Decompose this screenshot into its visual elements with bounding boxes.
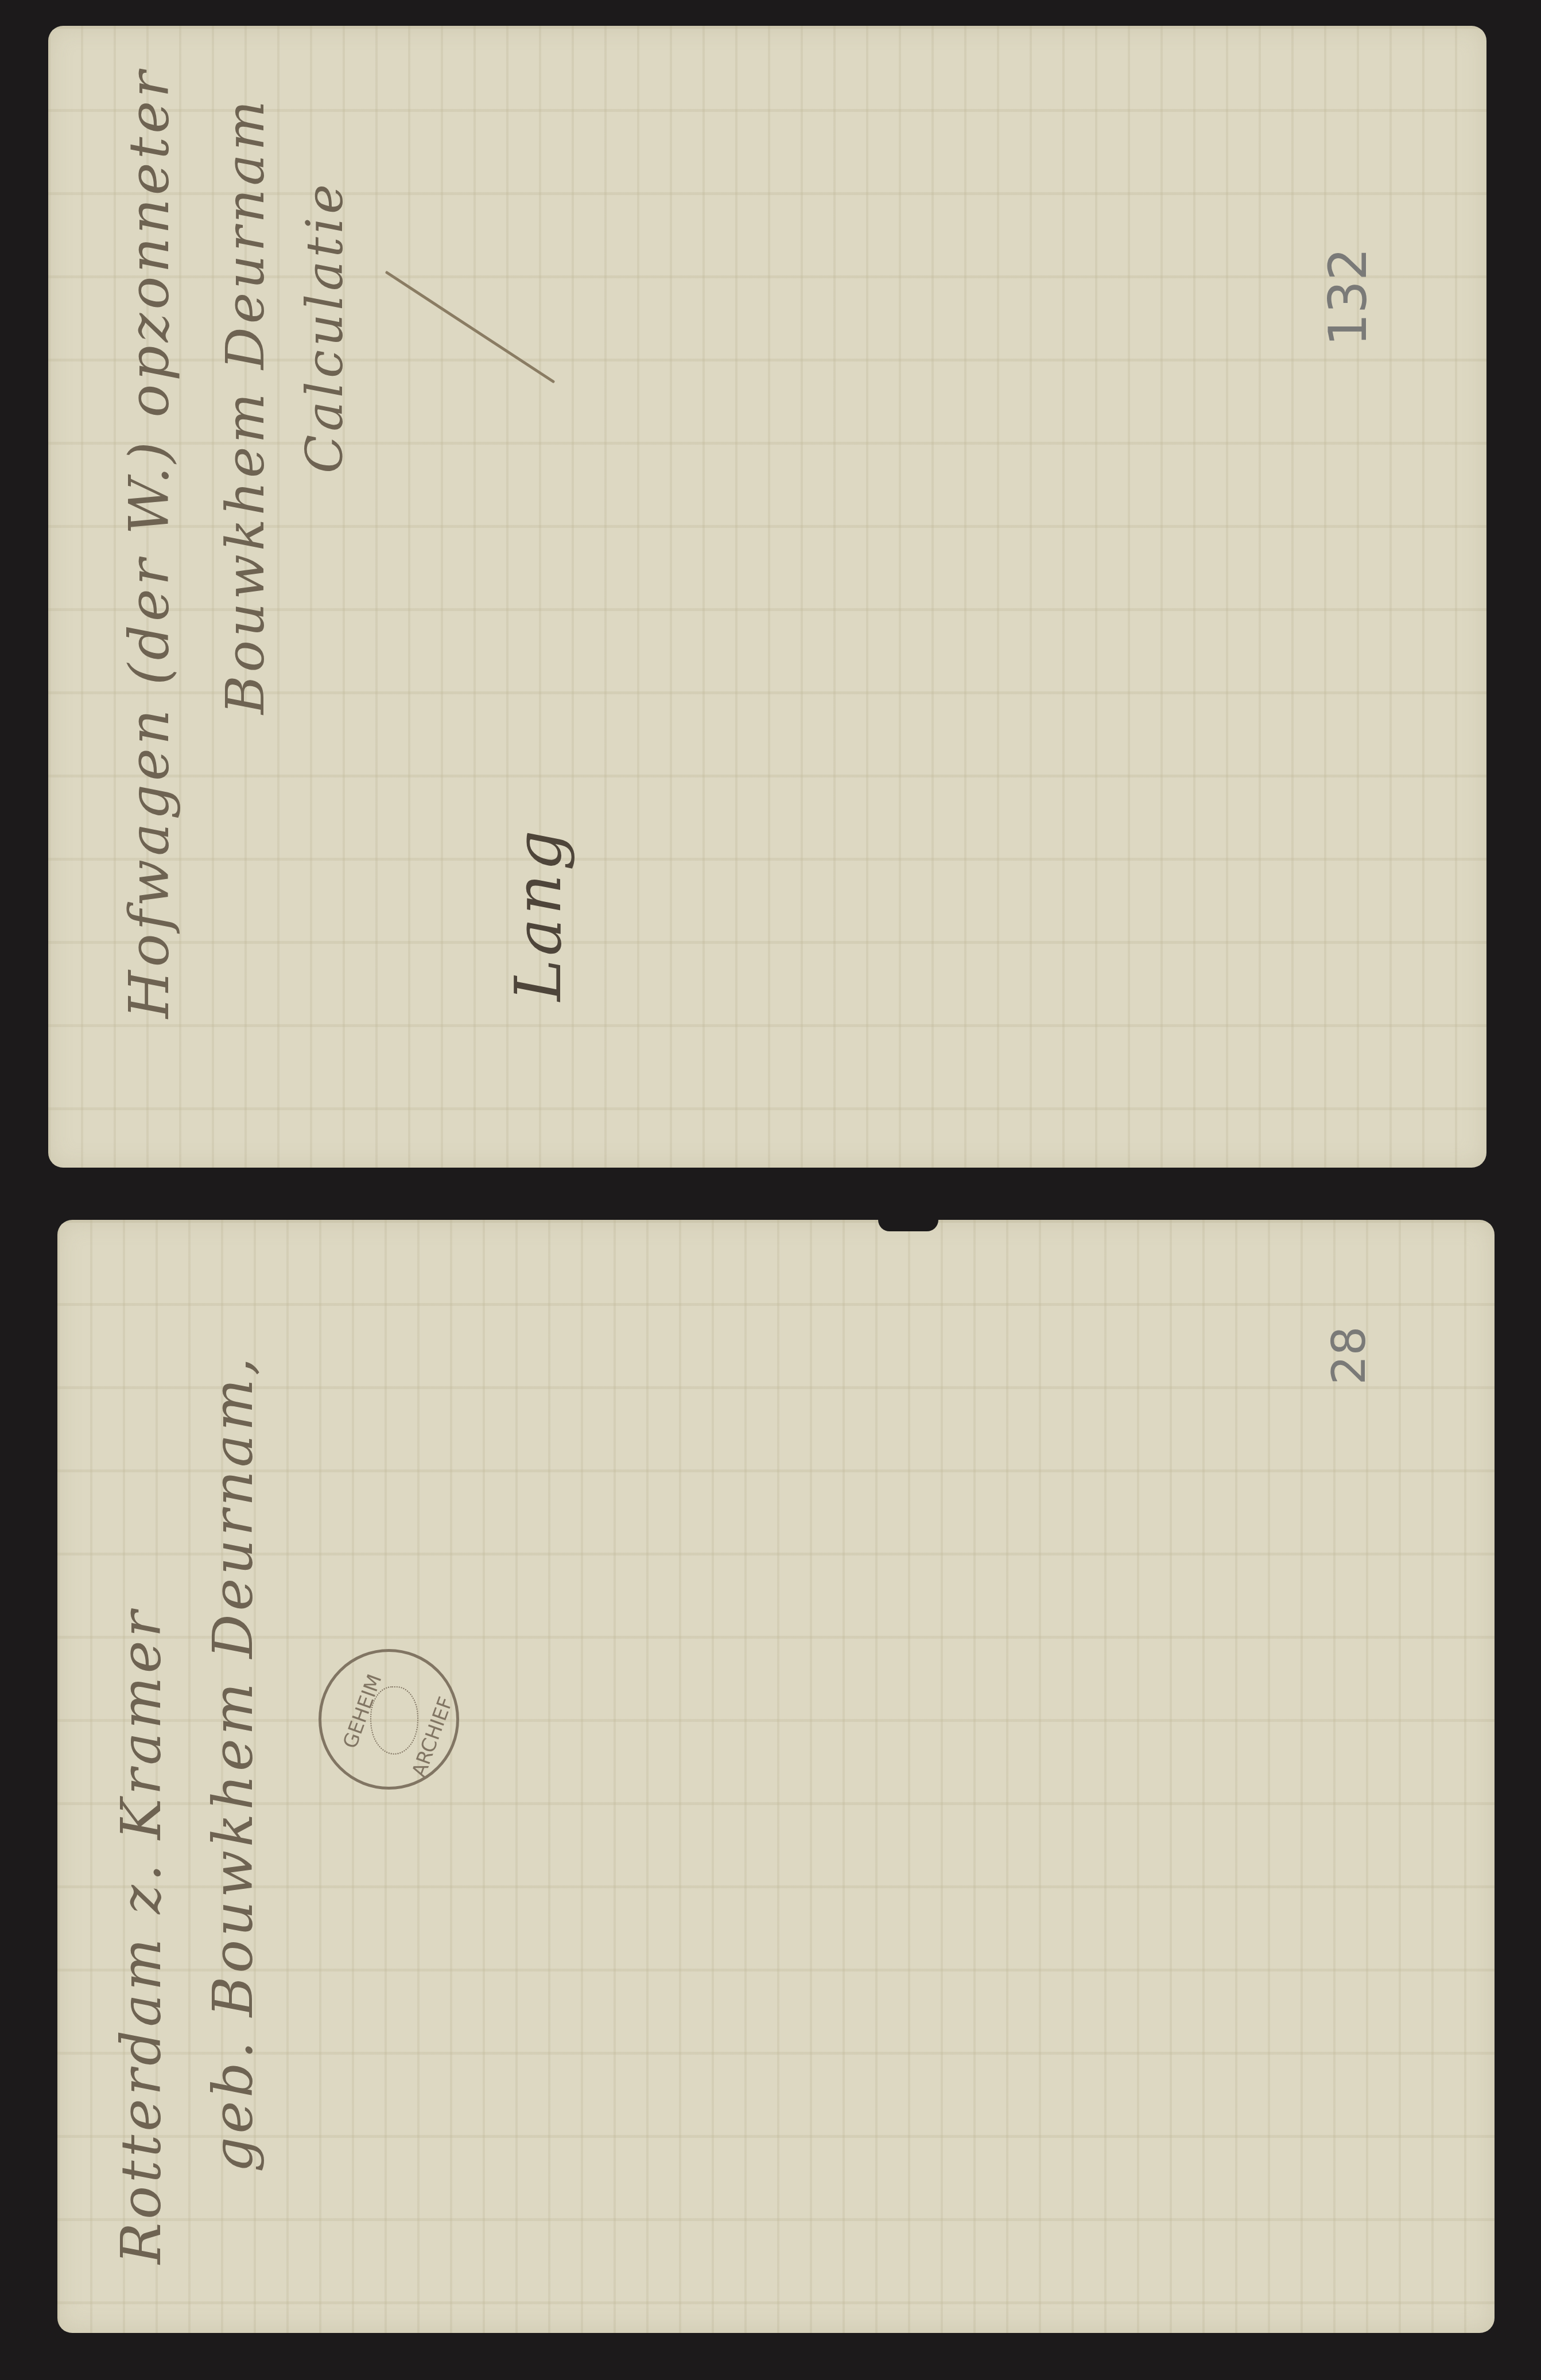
archive-stamp: GEHEIM ARCHIEF	[319, 1649, 459, 1790]
handwritten-line-1: Hofwagen (der W.) opzonneter	[117, 68, 181, 1018]
document-page-bottom: Rotterdam z. Kramer geb. Bouwkhem Deurna…	[57, 1220, 1495, 2333]
slash-mark-icon	[381, 267, 622, 416]
handwritten-line-2: geb. Bouwkhem Deurnam,	[201, 1354, 265, 2172]
page-number: 132	[1318, 248, 1379, 347]
handwritten-line-1: Rotterdam z. Kramer	[109, 1608, 173, 2264]
signature: Lang	[502, 827, 575, 1001]
handwritten-line-2: Bouwkhem Deurnam	[215, 97, 276, 714]
page-number: 28	[1322, 1327, 1376, 1385]
crest-icon	[370, 1686, 418, 1755]
page-notch	[878, 1220, 938, 1231]
document-page-top: Hofwagen (der W.) opzonneter Bouwkhem De…	[48, 26, 1486, 1168]
handwritten-line-3: Calculatie	[295, 181, 354, 473]
